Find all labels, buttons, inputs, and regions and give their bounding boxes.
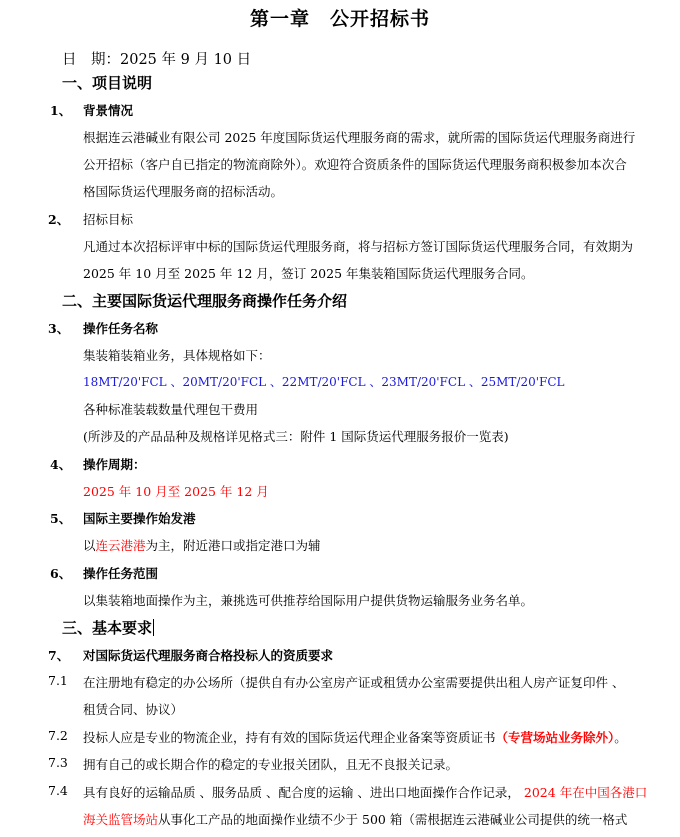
- requirement-end: 。: [614, 730, 627, 745]
- item-title-background: 背景情况: [83, 101, 133, 119]
- item-number: 7、: [48, 646, 69, 664]
- item-title-departure-port: 国际主要操作始发港: [83, 509, 196, 527]
- requirement-text: 投标人应是专业的物流企业，持有有效的国际货运代理企业备案等资质证书: [83, 730, 496, 745]
- section-heading-basic-requirements: 三、基本要求: [62, 617, 154, 638]
- section-heading-text: 三、基本要求: [62, 619, 152, 637]
- item-title-bidding-goal: 招标目标: [83, 210, 133, 228]
- paragraph-line: 凡通过本次招标评审中标的国际货运代理服务商，将与招标方签订国际货运代理服务合同，…: [83, 237, 633, 255]
- requirement-highlight: 2024 年在中国各港口: [524, 785, 647, 800]
- sub-item-number: 7.2: [48, 728, 68, 743]
- date-value: 2025 年 9 月 10 日: [120, 52, 251, 68]
- paragraph-line: 格国际货运代理服务商的招标活动。: [83, 182, 283, 200]
- port-prefix: 以: [83, 538, 96, 553]
- text-cursor: [153, 619, 154, 636]
- paragraph-line: 在注册地有稳定的办公场所（提供自有办公室房产证或租赁办公室需要提供出租人房产证复…: [83, 673, 624, 691]
- item-title-qualifications: 对国际货运代理服务商合格投标人的资质要求: [83, 646, 333, 664]
- requirement-7-3: 拥有自己的或长期合作的稳定的专业报关团队，且无不良报关记录。: [83, 755, 458, 773]
- requirement-exception: （专营场站业务除外）: [496, 730, 615, 745]
- paragraph-line: (所涉及的产品品种及规格详见格式三：附件 1 国际货运代理服务报价一览表): [83, 427, 509, 445]
- requirement-7-2: 投标人应是专业的物流企业，持有有效的国际货运代理企业备案等资质证书（专营场站业务…: [83, 728, 627, 746]
- paragraph-line: 各种标准装载数量代理包干费用: [83, 400, 258, 418]
- sub-item-number: 7.4: [48, 783, 68, 798]
- item-number: 6、: [50, 564, 71, 582]
- requirement-7-4-line2: 海关监管场站从事化工产品的地面操作业绩不少于 500 箱（需根据连云港碱业公司提…: [83, 810, 627, 828]
- requirement-highlight: 海关监管场站: [83, 812, 158, 827]
- paragraph-line: 公开招标（客户自已指定的物流商除外）。欢迎符合资质条件的国际货运代理服务商积极参…: [83, 155, 627, 173]
- requirement-text: 具有良好的运输品质 、服务品质 、配合度的运输 、进出口地面操作合作记录，: [83, 785, 524, 800]
- port-suffix: 为主，附近港口或指定港口为辅: [146, 538, 321, 553]
- requirement-7-4-line1: 具有良好的运输品质 、服务品质 、配合度的运输 、进出口地面操作合作记录， 20…: [83, 783, 647, 801]
- paragraph-line: 以集装箱地面操作为主，兼挑选可供推荐给国际用户提供货物运输服务业务名单。: [83, 591, 533, 609]
- sub-item-number: 7.3: [48, 755, 68, 770]
- chapter-title: 第一章 公开招标书: [0, 4, 680, 31]
- item-title-task-scope: 操作任务范围: [83, 564, 158, 582]
- item-title-task-name: 操作任务名称: [83, 319, 158, 337]
- container-spec-list: 18MT/20'FCL 、20MT/20'FCL 、22MT/20'FCL 、2…: [83, 373, 565, 390]
- date-label: 日 期：: [62, 52, 120, 68]
- section-heading-operation-tasks: 二、主要国际货运代理服务商操作任务介绍: [62, 290, 347, 311]
- item-title-operation-period: 操作周期：: [83, 455, 146, 473]
- paragraph-line: 根据连云港碱业有限公司 2025 年度国际货运代理服务商的需求，就所需的国际货运…: [83, 128, 635, 146]
- port-name: 连云港港: [96, 538, 146, 553]
- paragraph-line: 租赁合同、协议）: [83, 700, 183, 718]
- departure-port-line: 以连云港港为主，附近港口或指定港口为辅: [83, 536, 321, 554]
- sub-item-number: 7.1: [48, 673, 68, 688]
- requirement-text: 从事化工产品的地面操作业绩不少于 500 箱（需根据连云港碱业公司提供的统一格式: [158, 812, 627, 827]
- item-number: 3、: [48, 319, 69, 337]
- section-heading-project-description: 一、项目说明: [62, 72, 152, 93]
- date-line: 日 期：2025 年 9 月 10 日: [62, 48, 251, 69]
- operation-period-value: 2025 年 10 月至 2025 年 12 月: [83, 482, 269, 500]
- item-number: 2、: [48, 210, 69, 228]
- paragraph-line: 2025 年 10 月至 2025 年 12 月，签订 2025 年集装箱国际货…: [83, 264, 534, 282]
- paragraph-line: 集装箱装箱业务，具体规格如下：: [83, 346, 271, 364]
- item-number: 5、: [50, 509, 71, 527]
- item-number: 1、: [50, 101, 71, 119]
- item-number: 4、: [50, 455, 71, 473]
